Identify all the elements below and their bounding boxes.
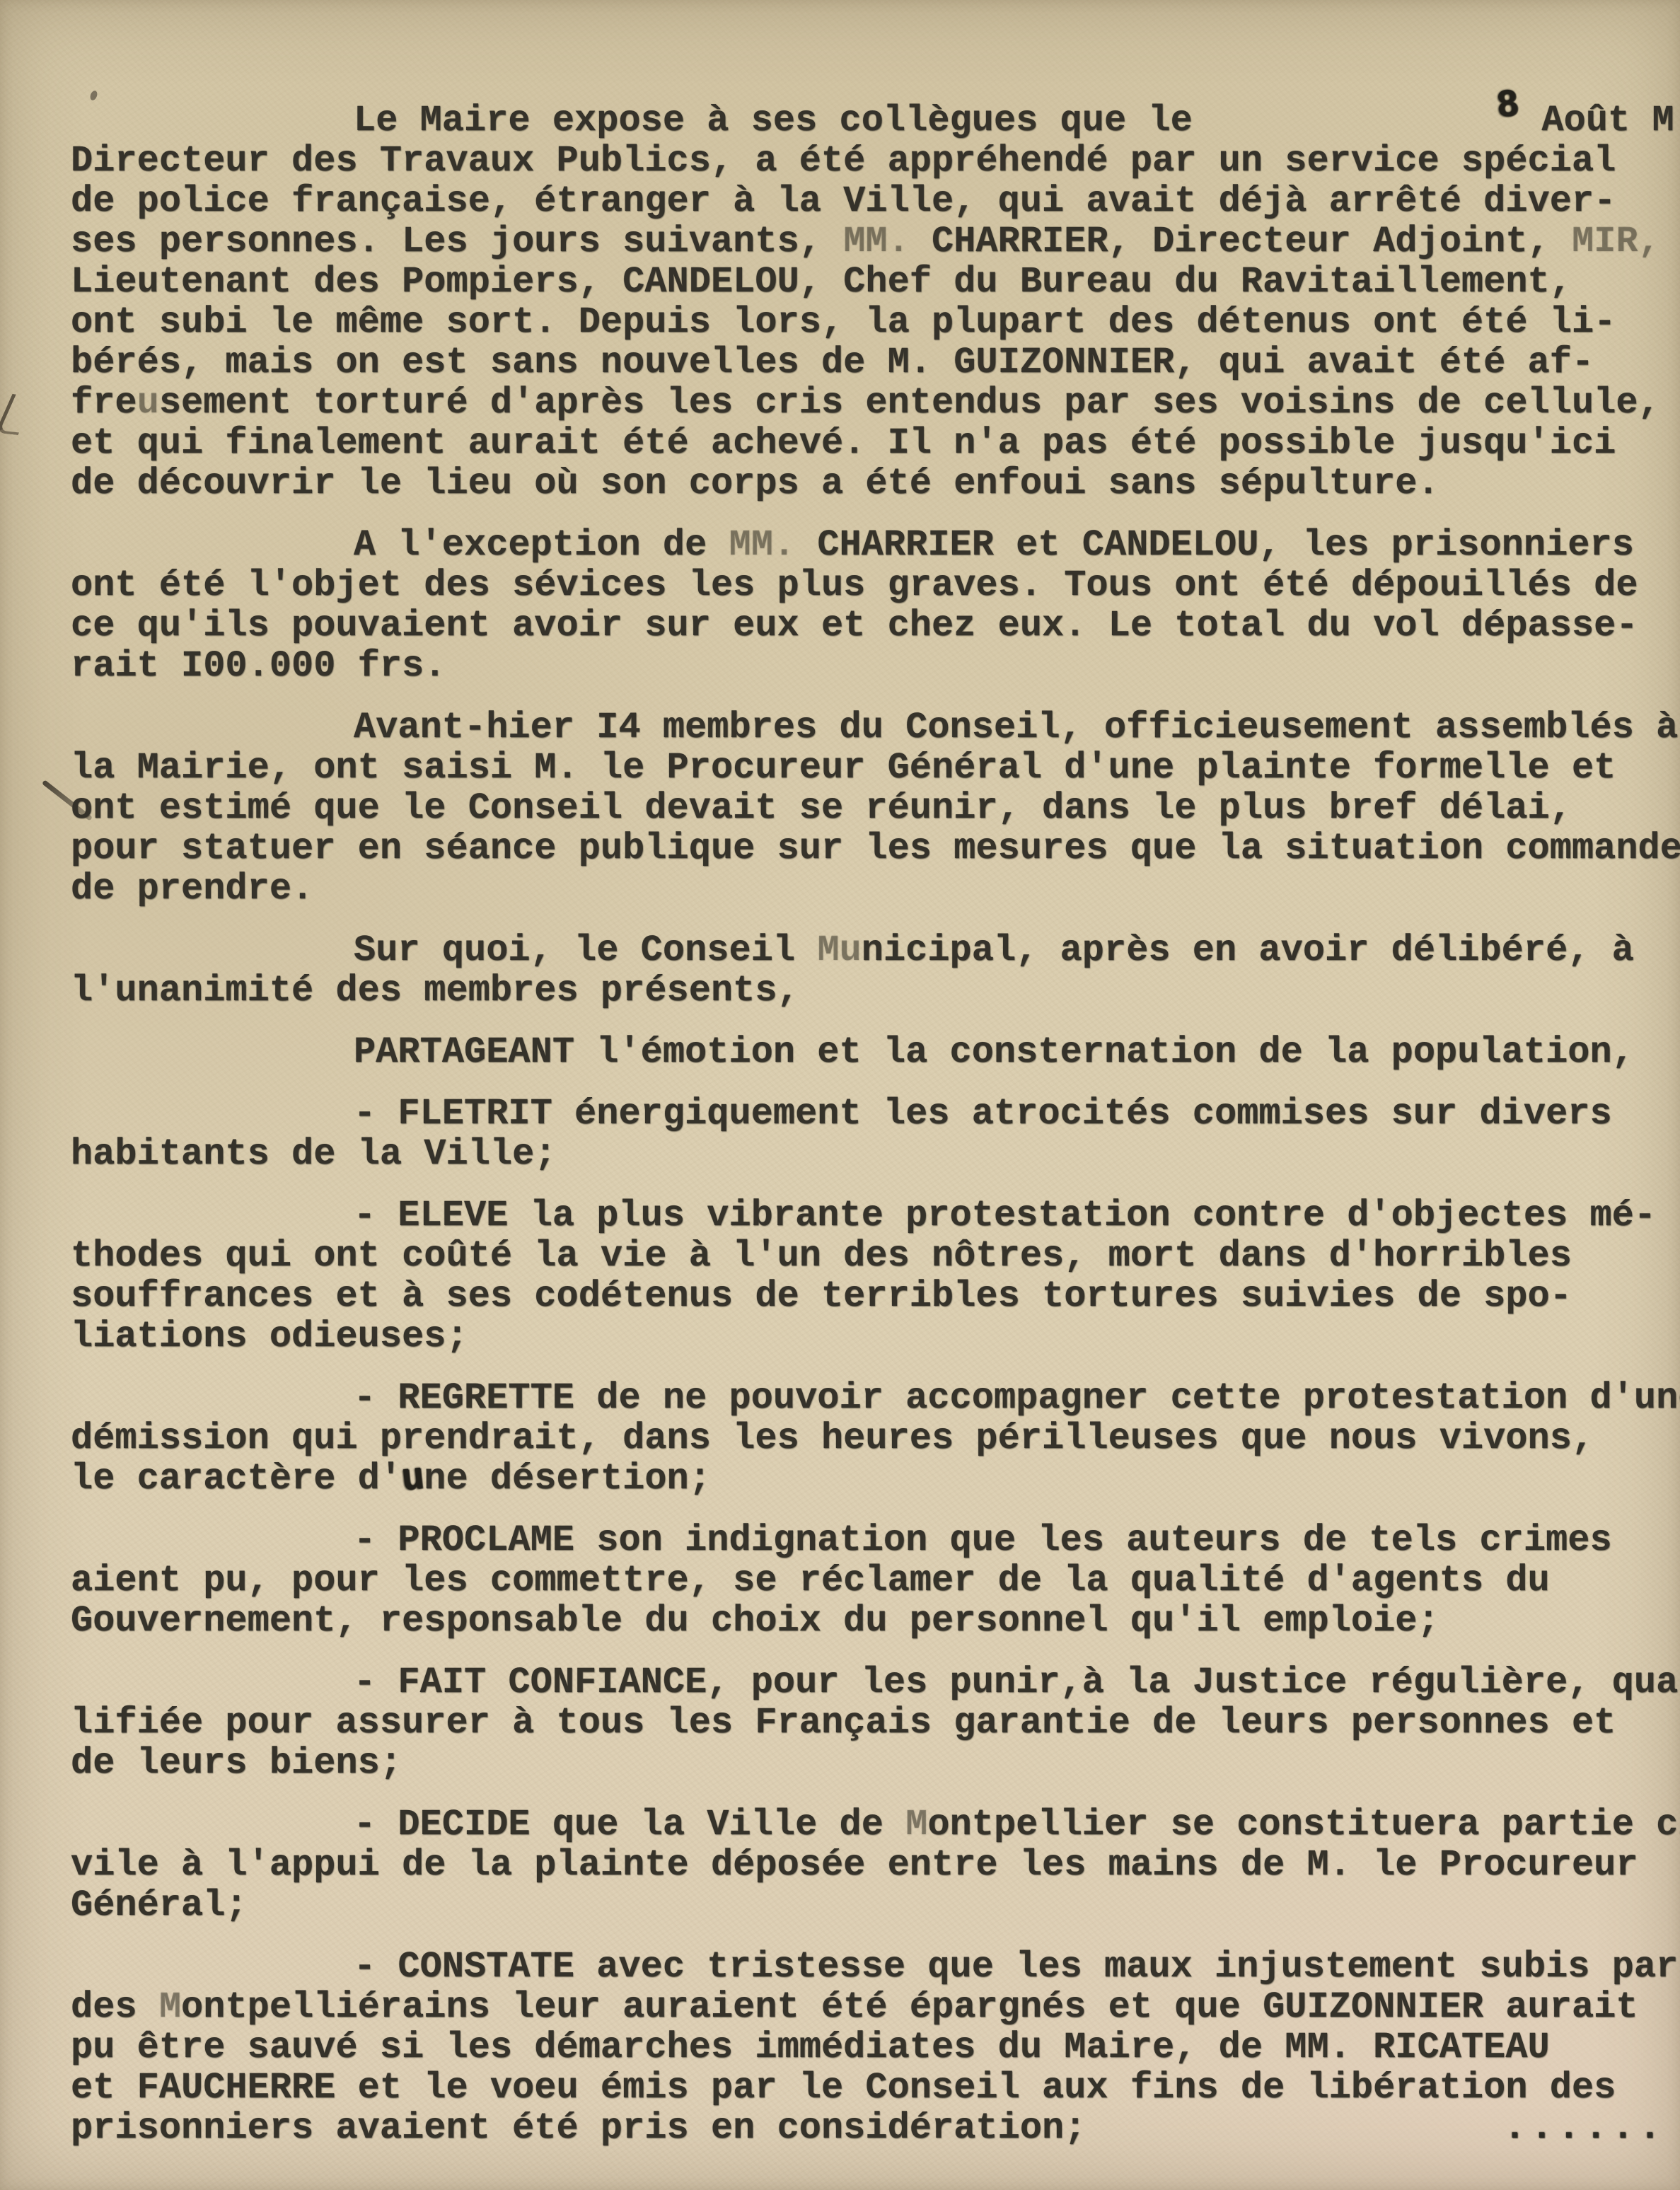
text-line: habitants de la Ville; [71, 1134, 1680, 1174]
text-line: Directeur des Travaux Publics, a été app… [71, 141, 1680, 181]
text-line: pu être sauvé si les démarches immédiate… [71, 2027, 1680, 2068]
text-line: aient pu, pour les commettre, se réclame… [71, 1560, 1680, 1601]
text-segment: le caractère d' [71, 1458, 402, 1500]
text-segment: fre [71, 382, 137, 424]
paragraph: - DECIDE que la Ville de Montpellier se … [71, 1804, 1680, 1925]
text-line: de police française, étranger à la Ville… [71, 181, 1680, 221]
text-line: A l'exception de MM. CHARRIER et CANDELO… [71, 525, 1680, 565]
text-segment: ontpellier se constituera partie ci- [927, 1804, 1680, 1846]
text-line: - REGRETTE de ne pouvoir accompagner cet… [71, 1378, 1680, 1418]
text-line: vile à l'appui de la plainte déposée ent… [71, 1845, 1680, 1885]
text-line: ......prisonniers avaient été pris en co… [71, 2108, 1680, 2148]
text-line: de leurs biens; [71, 1743, 1680, 1783]
text-line: le caractère d'une désertion; [71, 1459, 1680, 1499]
text-line: la Mairie, ont saisi M. le Procureur Gén… [71, 748, 1680, 788]
paragraph: A l'exception de MM. CHARRIER et CANDELO… [71, 525, 1680, 686]
text-segment: M [905, 1804, 927, 1846]
text-line: - FLETRIT énergiquement les atrocités co… [71, 1094, 1680, 1134]
text-line: et qui finalement aurait été achevé. Il … [71, 423, 1680, 463]
paragraph: - FLETRIT énergiquement les atrocités co… [71, 1094, 1680, 1174]
text-line: souffrances et à ses codétenus de terrib… [71, 1276, 1680, 1316]
text-line: démission qui prendrait, dans les heures… [71, 1418, 1680, 1459]
handwritten-margin-mark [0, 394, 35, 435]
text-line: rait I00.000 frs. [71, 646, 1680, 686]
text-segment: sement torturé d'après les cris entendus… [159, 382, 1660, 424]
text-line: Sur quoi, le Conseil Municipal, après en… [71, 930, 1680, 971]
text-segment: des [71, 1986, 159, 2028]
text-line: ont été l'objet des sévices les plus gra… [71, 565, 1680, 606]
text-line: liations odieuses; [71, 1316, 1680, 1357]
trailing-dots: ...... [1504, 2108, 1666, 2148]
document-body: Le Maire expose à ses collègues que le 8… [71, 100, 1680, 2169]
text-line: l'unanimité des membres présents, [71, 971, 1680, 1011]
text-segment: nicipal, après en avoir délibéré, à [862, 929, 1634, 971]
paragraph: Avant-hier I4 membres du Conseil, offici… [71, 707, 1680, 909]
text-line: PARTAGEANT l'émotion et la consternation… [71, 1032, 1680, 1072]
ink-speck [89, 90, 98, 101]
text-segment: CHARRIER et CANDELOU, les prisonniers [795, 524, 1634, 566]
text-segment: ne désertion; [424, 1458, 711, 1500]
paragraph: - CONSTATE avec tristesse que les maux i… [71, 1947, 1680, 2148]
text-segment: ses personnes. Les jours suivants, [71, 221, 843, 262]
text-line: ont subi le même sort. Depuis lors, la p… [71, 302, 1680, 342]
text-line: ce qu'ils pouvaient avoir sur eux et che… [71, 606, 1680, 646]
text-line: - CONSTATE avec tristesse que les maux i… [71, 1947, 1680, 1987]
text-line: Gouvernement, responsable du choix du pe… [71, 1601, 1680, 1641]
text-segment: u [400, 1456, 426, 1501]
text-line: pour statuer en séance publique sur les … [71, 828, 1680, 869]
text-segment: M [159, 1986, 181, 2028]
text-line: et FAUCHERRE et le voeu émis par le Cons… [71, 2068, 1680, 2108]
text-line: - PROCLAME son indignation que les auteu… [71, 1520, 1680, 1560]
text-segment: Août M. GUIZONNIER, [1519, 100, 1680, 141]
scanned-document-page: Le Maire expose à ses collègues que le 8… [0, 0, 1680, 2190]
text-line: freusement torturé d'après les cris ente… [71, 383, 1680, 423]
text-line: de prendre. [71, 869, 1680, 909]
paragraph: PARTAGEANT l'émotion et la consternation… [71, 1032, 1680, 1072]
text-segment: ontpelliérains leur auraient été épargné… [181, 1986, 1638, 2028]
paragraph: Sur quoi, le Conseil Municipal, après en… [71, 930, 1680, 1011]
text-segment: MM. [843, 221, 910, 262]
text-line: de découvrir le lieu où son corps a été … [71, 463, 1680, 504]
text-line: ses personnes. Les jours suivants, MM. C… [71, 221, 1680, 262]
paragraph: - ELEVE la plus vibrante protestation co… [71, 1195, 1680, 1357]
text-segment: - DECIDE que la Ville de [354, 1804, 905, 1846]
text-segment: Mu [817, 929, 861, 971]
text-line: ont estimé que le Conseil devait se réun… [71, 788, 1680, 828]
paragraph: Le Maire expose à ses collègues que le 8… [71, 100, 1680, 504]
text-segment: CHARRIER, Directeur Adjoint, [910, 221, 1572, 262]
text-segment: Sur quoi, le Conseil [354, 929, 817, 971]
text-line: Général; [71, 1885, 1680, 1925]
text-line: Avant-hier I4 membres du Conseil, offici… [71, 707, 1680, 748]
text-segment: A l'exception de [354, 524, 729, 566]
paragraph: - PROCLAME son indignation que les auteu… [71, 1520, 1680, 1641]
text-line: des Montpelliérains leur auraient été ép… [71, 1987, 1680, 2027]
text-line: - ELEVE la plus vibrante protestation co… [71, 1195, 1680, 1236]
text-line: Lieutenant des Pompiers, CANDELOU, Chef … [71, 262, 1680, 302]
text-segment: prisonniers avaient été pris en considér… [71, 2107, 1086, 2149]
text-line: - FAIT CONFIANCE, pour les punir,à la Ju… [71, 1662, 1680, 1703]
paragraph: - FAIT CONFIANCE, pour les punir,à la Ju… [71, 1662, 1680, 1783]
text-line: lifiée pour assurer à tous les Français … [71, 1703, 1680, 1743]
text-segment: Le Maire expose à ses collègues que le [354, 100, 1215, 141]
text-segment: MM. [729, 524, 796, 566]
text-segment: MIR, [1572, 221, 1660, 262]
text-line: - DECIDE que la Ville de Montpellier se … [71, 1804, 1680, 1845]
text-line: thodes qui ont coûté la vie à l'un des n… [71, 1236, 1680, 1276]
text-line: Le Maire expose à ses collègues que le 8… [71, 100, 1680, 141]
paragraph: - REGRETTE de ne pouvoir accompagner cet… [71, 1378, 1680, 1499]
text-segment: u [137, 382, 159, 424]
text-line: bérés, mais on est sans nouvelles de M. … [71, 342, 1680, 383]
